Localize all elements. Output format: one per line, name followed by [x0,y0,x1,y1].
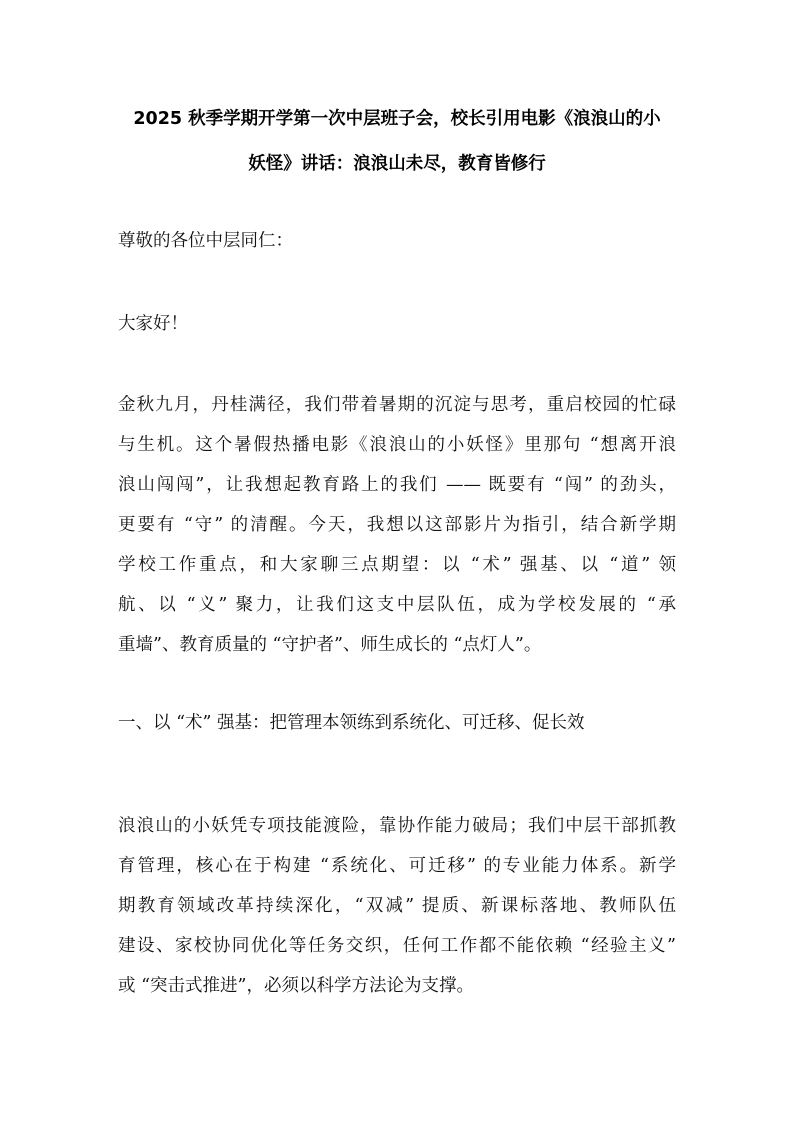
salutation: 尊敬的各位中层同仁： [118,221,676,261]
paragraph-line: 重墙”、教育质量的 “守护者”、师生成长的 “点灯人”。 [118,625,676,665]
paragraph-line: 浪山闯闯”，让我想起教育路上的我们 —— 既要有 “闯” 的劲头， [118,465,676,505]
salutation-text: 尊敬的各位中层同仁： [118,221,676,261]
section-heading-text: 一、以 “术” 强基：把管理本领练到系统化、可迁移、促长效 [118,703,676,743]
paragraph-line: 更要有 “守” 的清醒。今天，我想以这部影片为指引，结合新学期 [118,505,676,545]
paragraph-line: 建设、家校协同优化等任务交织，任何工作都不能依赖 “经验主义” [118,926,676,966]
section-1-heading: 一、以 “术” 强基：把管理本领练到系统化、可迁移、促长效 [118,703,676,743]
paragraph-line: 学校工作重点，和大家聊三点期望：以 “术” 强基、以 “道” 领 [118,545,676,585]
document-title: 2025 秋季学期开学第一次中层班子会，校长引用电影《浪浪山的小 妖怪》讲话：浪… [118,97,676,187]
title-line-2: 妖怪》讲话：浪浪山未尽，教育皆修行 [118,142,676,187]
paragraph-line: 期教育领域改革持续深化，“双减” 提质、新课标落地、教师队伍 [118,886,676,926]
title-line-1: 2025 秋季学期开学第一次中层班子会，校长引用电影《浪浪山的小 [118,97,676,142]
greeting-text: 大家好！ [118,304,676,344]
intro-paragraph: 金秋九月，丹桂满径，我们带着暑期的沉淀与思考，重启校园的忙碌 与生机。这个暑假热… [118,385,676,665]
paragraph-line: 浪浪山的小妖凭专项技能渡险，靠协作能力破局；我们中层干部抓教 [118,806,676,846]
paragraph-line: 与生机。这个暑假热播电影《浪浪山的小妖怪》里那句 “想离开浪 [118,425,676,465]
paragraph-line: 航、以 “义” 聚力，让我们这支中层队伍，成为学校发展的 “承 [118,585,676,625]
paragraph-line: 育管理，核心在于构建 “系统化、可迁移” 的专业能力体系。新学 [118,846,676,886]
section-1-paragraph: 浪浪山的小妖凭专项技能渡险，靠协作能力破局；我们中层干部抓教 育管理，核心在于构… [118,806,676,1006]
paragraph-line: 金秋九月，丹桂满径，我们带着暑期的沉淀与思考，重启校园的忙碌 [118,385,676,425]
paragraph-line: 或 “突击式推进”，必须以科学方法论为支撑。 [118,966,676,1006]
greeting: 大家好！ [118,304,676,344]
